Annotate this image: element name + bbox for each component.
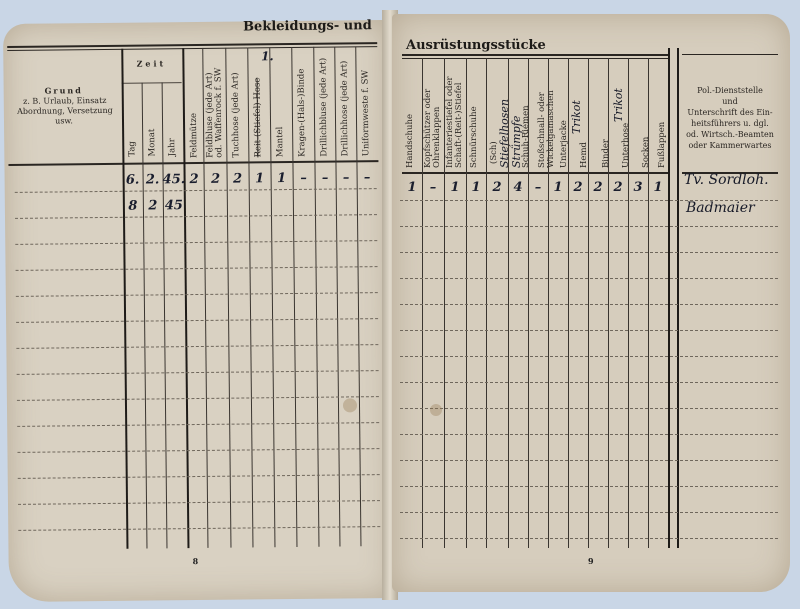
row1-item: – bbox=[422, 180, 444, 195]
row-rule bbox=[400, 356, 778, 357]
zeit-col-jahr: Jahr bbox=[168, 106, 178, 156]
grid-line bbox=[648, 58, 649, 548]
grid-line bbox=[608, 58, 609, 548]
col-mantel: Mantel bbox=[275, 49, 285, 157]
zeit-col-monat: Monat bbox=[148, 96, 158, 156]
header-bottom-rule bbox=[8, 160, 378, 166]
row1-jahr: 45. bbox=[163, 172, 185, 187]
header-top-rule-thin bbox=[402, 58, 670, 59]
col-fusslappen: Fußlappen bbox=[658, 60, 667, 168]
col-kragenbinde: Kragen-(Hals-)Binde bbox=[297, 49, 307, 157]
col-gamaschen: Stoßschnall- oder Wickelgamaschen bbox=[538, 60, 556, 168]
row2-tag: 8 bbox=[123, 199, 143, 214]
row-rule bbox=[400, 382, 778, 383]
row1-item: 2 bbox=[205, 172, 227, 187]
sig-header-line2: und bbox=[682, 97, 778, 107]
col-feldmuetze: Feldmütze bbox=[189, 50, 199, 158]
row-rule bbox=[16, 292, 378, 297]
row1-item: 1 bbox=[648, 180, 668, 195]
grid-line bbox=[508, 58, 509, 548]
row-rule bbox=[18, 526, 380, 531]
zeit-divider bbox=[122, 82, 182, 84]
grid-line bbox=[548, 58, 549, 548]
row-rule bbox=[400, 512, 778, 513]
row-rule bbox=[400, 408, 778, 409]
row-rule bbox=[16, 344, 378, 349]
col-reithose: Reit-(Stiefel)-Hose bbox=[253, 49, 263, 157]
right-page-title: Ausrüstungsstücke bbox=[406, 38, 546, 53]
left-page: Bekleidungs- und Grund z. B. Urlaub, Ein… bbox=[3, 20, 393, 602]
page-number-right: 9 bbox=[588, 556, 594, 566]
handwritten-hemd-trikot: Trikot bbox=[572, 74, 581, 134]
row1-item: – bbox=[293, 171, 315, 186]
row-rule bbox=[400, 330, 778, 331]
grund-line3: usw. bbox=[14, 116, 114, 127]
row-rule bbox=[17, 370, 379, 375]
paper-stain bbox=[343, 398, 357, 412]
row-rule bbox=[16, 266, 378, 271]
grid-line bbox=[528, 58, 529, 548]
hose-annotation: 1. bbox=[259, 49, 275, 63]
zeit-col-tag: Tag bbox=[128, 107, 138, 157]
row1-item: 2 bbox=[185, 172, 204, 187]
grid-line bbox=[628, 58, 629, 548]
row1-item: – bbox=[315, 171, 336, 186]
grid-line bbox=[568, 58, 569, 548]
row1-item: 1 bbox=[249, 171, 271, 186]
col-schuhriemen: Schuh-Riemen bbox=[522, 60, 531, 168]
grid-line bbox=[466, 58, 467, 548]
col-kopfschuetzer: Kopfschützer oder Ohrenklappen bbox=[424, 60, 442, 168]
row1-item: – bbox=[357, 170, 378, 185]
zeit-title: Zeit bbox=[121, 58, 181, 69]
col-drillichhose: Drillichhose (jede Art) bbox=[340, 48, 350, 156]
row1-item: 2 bbox=[588, 180, 608, 195]
paper-stain bbox=[430, 404, 442, 416]
row-rule bbox=[15, 214, 377, 219]
row-rule bbox=[400, 252, 778, 253]
row1-tag: 6. bbox=[123, 173, 143, 188]
row1-item: 1 bbox=[548, 180, 568, 195]
grid-line bbox=[422, 58, 423, 548]
signature-row1: Tv. Sordloh. bbox=[684, 172, 769, 188]
row1-item: – bbox=[336, 170, 357, 185]
sig-header-line4: heitsführers u. dgl. bbox=[682, 119, 778, 129]
row-rule bbox=[400, 538, 778, 539]
left-page-title: Bekleidungs- und bbox=[243, 18, 372, 34]
row-rule bbox=[400, 226, 778, 227]
row-rule bbox=[400, 486, 778, 487]
col-schnuerschuhe: Schnürschuhe bbox=[470, 60, 479, 168]
row-rule bbox=[400, 304, 778, 305]
row1-item: 1 bbox=[444, 180, 466, 195]
header-top-rule bbox=[402, 54, 670, 56]
signature-row2: Badmaier bbox=[686, 200, 755, 216]
row2-jahr: 45 bbox=[163, 198, 185, 213]
row-rule bbox=[400, 460, 778, 461]
col-binder: Binder bbox=[602, 60, 611, 168]
sig-header-line5: od. Wirtsch.-Beamten bbox=[682, 130, 778, 140]
col-socken: Socken bbox=[642, 60, 651, 168]
header-bottom-rule bbox=[402, 172, 670, 174]
col-uniformweste: Uniformweste f. SW bbox=[361, 48, 371, 156]
col-drillichbluse: Drillichbluse (jede Art) bbox=[319, 49, 329, 157]
grid-line bbox=[444, 58, 445, 548]
row-rule bbox=[17, 422, 379, 427]
row1-item: 1 bbox=[402, 180, 422, 195]
grid-line bbox=[588, 58, 589, 548]
row-rule bbox=[400, 278, 778, 279]
handwritten-unterhose-trikot: Trikot bbox=[614, 62, 623, 122]
row1-item: 1 bbox=[466, 180, 486, 195]
row-rule bbox=[18, 500, 380, 505]
right-page: Ausrüstungsstücke Handschuhe Kopfschütze… bbox=[392, 14, 790, 592]
row1-item: 2 bbox=[227, 171, 249, 186]
row-rule bbox=[15, 188, 377, 193]
handwritten-struempfe: Strümpfe bbox=[512, 74, 521, 168]
row-rule bbox=[16, 318, 378, 323]
row1-item: 1 bbox=[271, 171, 293, 186]
col-feldbluse: Feldbluse (jede Art) od. Waffenrock f. S… bbox=[205, 50, 224, 158]
row1-item: 2 bbox=[568, 180, 588, 195]
row1-item: 2 bbox=[486, 180, 508, 195]
row1-monat: 2. bbox=[143, 172, 163, 187]
row2-monat: 2 bbox=[143, 198, 163, 213]
row-rule bbox=[15, 240, 377, 245]
col-tuchhose: Tuchhose (jede Art) bbox=[231, 50, 241, 158]
grid-line bbox=[668, 48, 670, 548]
row-rule bbox=[17, 448, 379, 453]
page-number-left: 8 bbox=[193, 556, 199, 566]
grid-line bbox=[269, 47, 275, 547]
col-handschuhe: Handschuhe bbox=[406, 60, 415, 168]
col-stiefel: Infanteriestiefel oder Schaft-(Reit-)Sti… bbox=[446, 60, 464, 168]
row1-item: – bbox=[528, 180, 548, 195]
sig-header-line1: Pol.-Dienststelle bbox=[682, 86, 778, 96]
header-top-rule-sig bbox=[682, 54, 778, 55]
grid-line bbox=[677, 48, 679, 548]
sig-header-line3: Unterschrift des Ein- bbox=[682, 108, 778, 118]
grund-title: Grund bbox=[14, 85, 114, 96]
row1-item: 2 bbox=[608, 180, 628, 195]
row1-item: 4 bbox=[508, 180, 528, 195]
row-rule bbox=[17, 396, 379, 401]
row-rule bbox=[18, 474, 380, 479]
grid-line bbox=[486, 58, 487, 548]
row1-item: 3 bbox=[628, 180, 648, 195]
row-rule bbox=[400, 434, 778, 435]
sig-header-line6: oder Kammerwartes bbox=[682, 141, 778, 151]
